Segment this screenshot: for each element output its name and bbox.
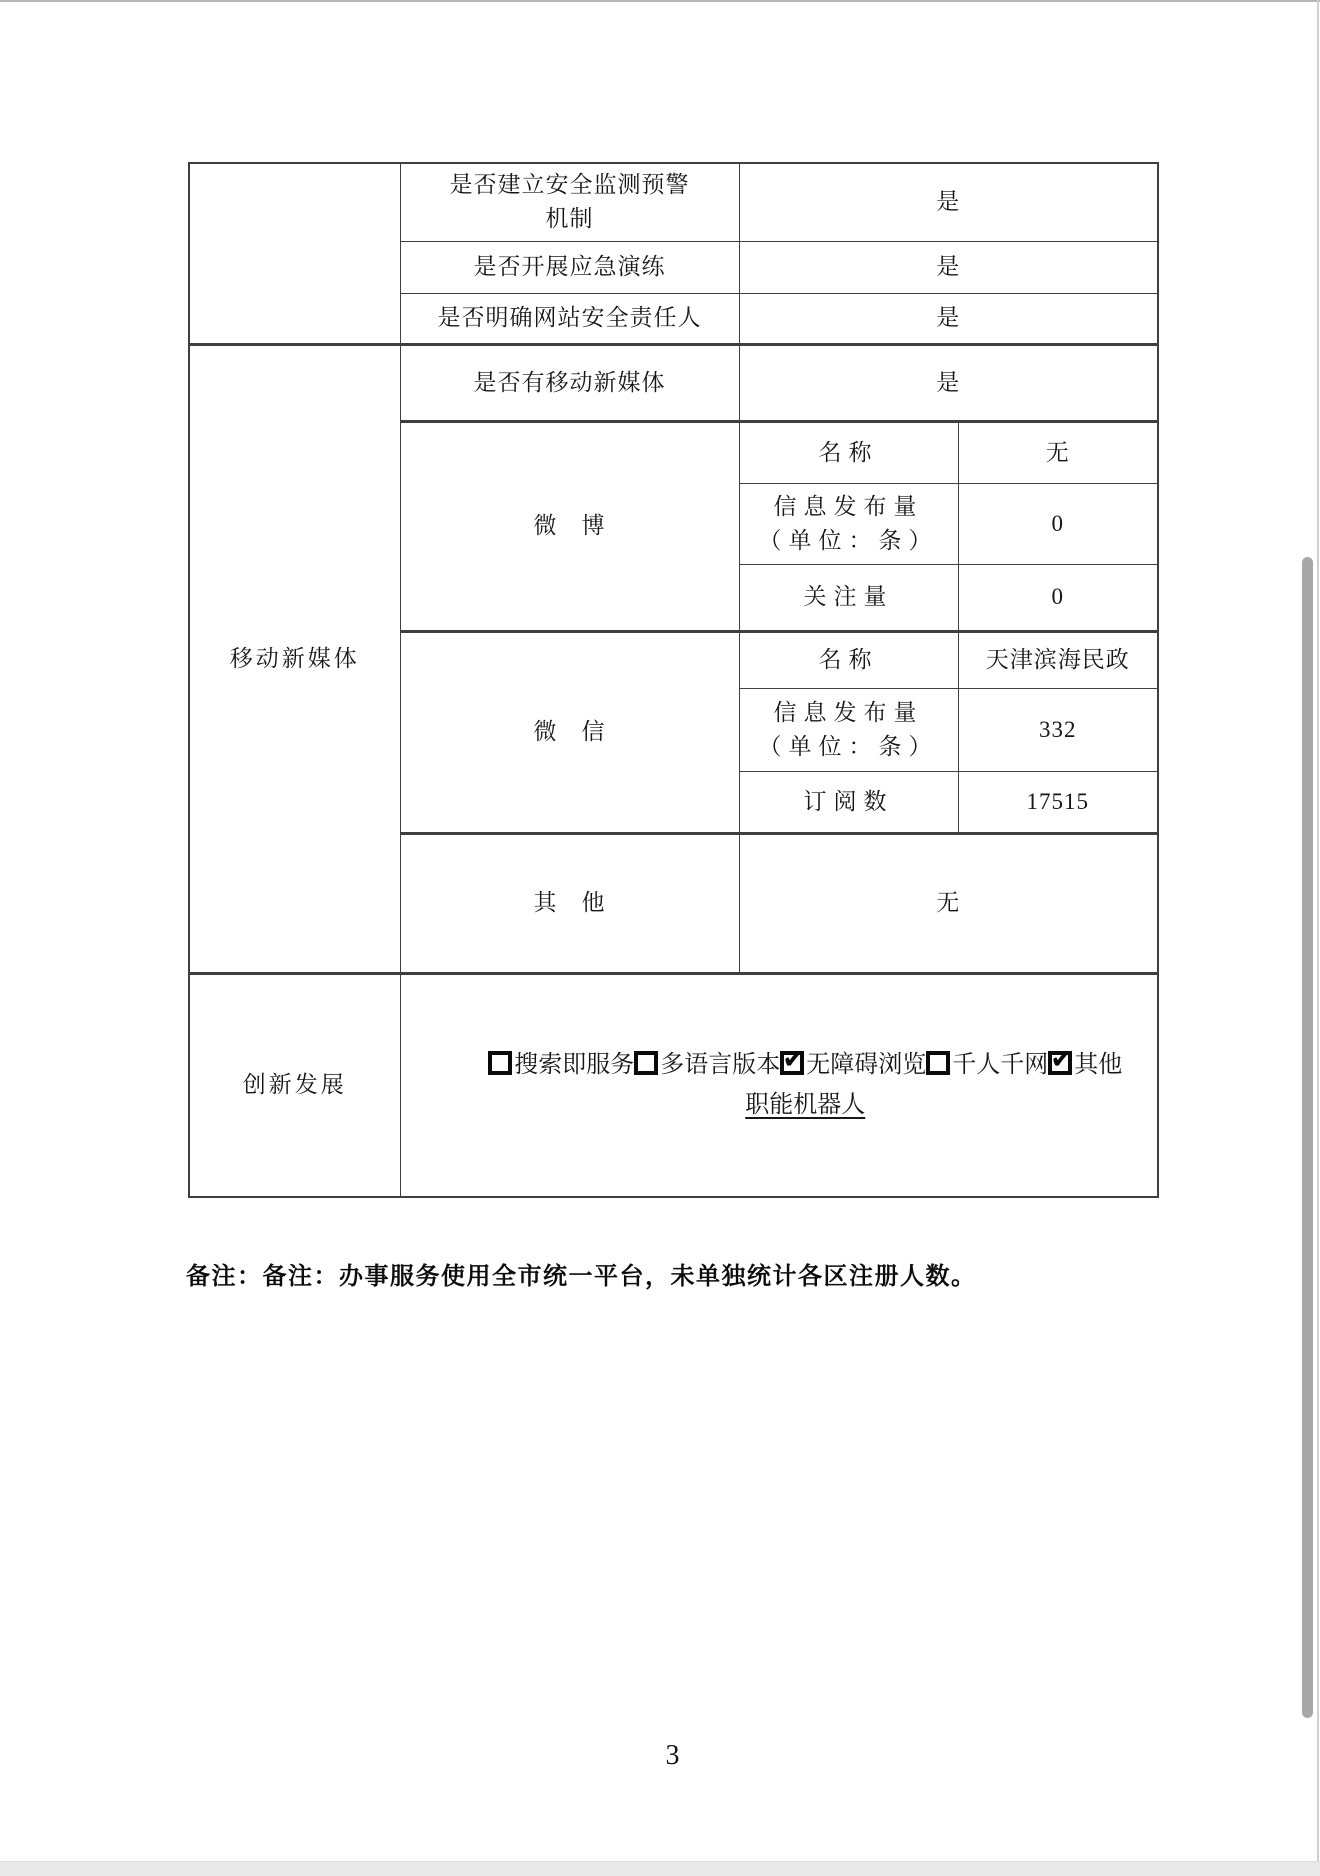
cell-field-value: 332 bbox=[958, 688, 1158, 771]
bottom-bar bbox=[0, 1861, 1320, 1876]
cell-subgroup-other: 其 他 bbox=[400, 833, 739, 973]
table-row: 移动新媒体 是否有移动新媒体 是 bbox=[189, 344, 1158, 421]
cell-group-label: 移动新媒体 bbox=[189, 344, 400, 973]
cell-field-value: 0 bbox=[958, 564, 1158, 631]
innovation-option-label: 多语言版本 bbox=[660, 1052, 780, 1078]
innovation-option: 搜索即服务 bbox=[488, 1052, 634, 1078]
checkbox-unchecked-icon bbox=[926, 1051, 950, 1075]
cell-field-value: 17515 bbox=[958, 771, 1158, 833]
right-edge-line bbox=[1317, 0, 1319, 1876]
cell-innovation-content: 搜索即服务多语言版本✔无障碍浏览千人千网✔其他 职能机器人 bbox=[400, 973, 1158, 1197]
innovation-option-label: 无障碍浏览 bbox=[806, 1052, 926, 1078]
innovation-option: ✔其他 bbox=[1048, 1052, 1122, 1078]
cell-answer: 是 bbox=[739, 163, 1158, 241]
table-row: 创新发展 搜索即服务多语言版本✔无障碍浏览千人千网✔其他 职能机器人 bbox=[189, 973, 1158, 1197]
cell-subgroup-wechat: 微 信 bbox=[400, 631, 739, 833]
cell-field-label: 信息发布量 （单位：条） bbox=[739, 483, 958, 564]
table-row: 是否建立安全监测预警 机制 是 bbox=[189, 163, 1158, 241]
scrollbar-thumb[interactable] bbox=[1302, 557, 1313, 1718]
page-number: 3 bbox=[188, 1740, 1157, 1772]
remarks-text: 备注：备注：办事服务使用全市统一平台，未单独统计各区注册人数。 bbox=[186, 1256, 1186, 1291]
innovation-option-label: 千人千网 bbox=[952, 1052, 1048, 1078]
cell-field-label: 订阅数 bbox=[739, 771, 958, 833]
cell-question: 是否建立安全监测预警 机制 bbox=[400, 163, 739, 241]
innovation-other-detail: 职能机器人 bbox=[454, 1085, 1158, 1125]
innovation-option: 多语言版本 bbox=[634, 1052, 780, 1078]
innovation-option: 千人千网 bbox=[926, 1052, 1048, 1078]
checkbox-unchecked-icon bbox=[488, 1051, 512, 1075]
innovation-option: ✔无障碍浏览 bbox=[780, 1052, 926, 1078]
report-table: 是否建立安全监测预警 机制 是 是否开展应急演练 是 是否明确网站安全责任人 是… bbox=[188, 162, 1159, 1198]
innovation-option-label: 搜索即服务 bbox=[514, 1052, 634, 1078]
innovation-options-line: 搜索即服务多语言版本✔无障碍浏览千人千网✔其他 bbox=[454, 1045, 1158, 1085]
cell-answer: 是 bbox=[739, 344, 1158, 421]
checkbox-checked-icon: ✔ bbox=[1048, 1051, 1072, 1075]
cell-field-label: 名称 bbox=[739, 421, 958, 483]
cell-answer: 无 bbox=[739, 833, 1158, 973]
cell-question: 是否开展应急演练 bbox=[400, 241, 739, 293]
cell-empty-group bbox=[189, 163, 400, 344]
checkbox-unchecked-icon bbox=[634, 1051, 658, 1075]
cell-field-value: 0 bbox=[958, 483, 1158, 564]
cell-question: 是否有移动新媒体 bbox=[400, 344, 739, 421]
cell-question: 是否明确网站安全责任人 bbox=[400, 293, 739, 344]
innovation-option-label: 其他 bbox=[1074, 1052, 1122, 1078]
cell-subgroup-weibo: 微 博 bbox=[400, 421, 739, 631]
cell-field-label: 名称 bbox=[739, 631, 958, 688]
cell-group-label: 创新发展 bbox=[189, 973, 400, 1197]
cell-answer: 是 bbox=[739, 241, 1158, 293]
cell-field-value: 无 bbox=[958, 421, 1158, 483]
checkbox-checked-icon: ✔ bbox=[780, 1051, 804, 1075]
cell-field-label: 信息发布量 （单位：条） bbox=[739, 688, 958, 771]
cell-field-label: 关注量 bbox=[739, 564, 958, 631]
cell-answer: 是 bbox=[739, 293, 1158, 344]
top-border-line bbox=[0, 0, 1320, 2]
cell-field-value: 天津滨海民政 bbox=[958, 631, 1158, 688]
document-page: 是否建立安全监测预警 机制 是 是否开展应急演练 是 是否明确网站安全责任人 是… bbox=[0, 0, 1320, 1876]
